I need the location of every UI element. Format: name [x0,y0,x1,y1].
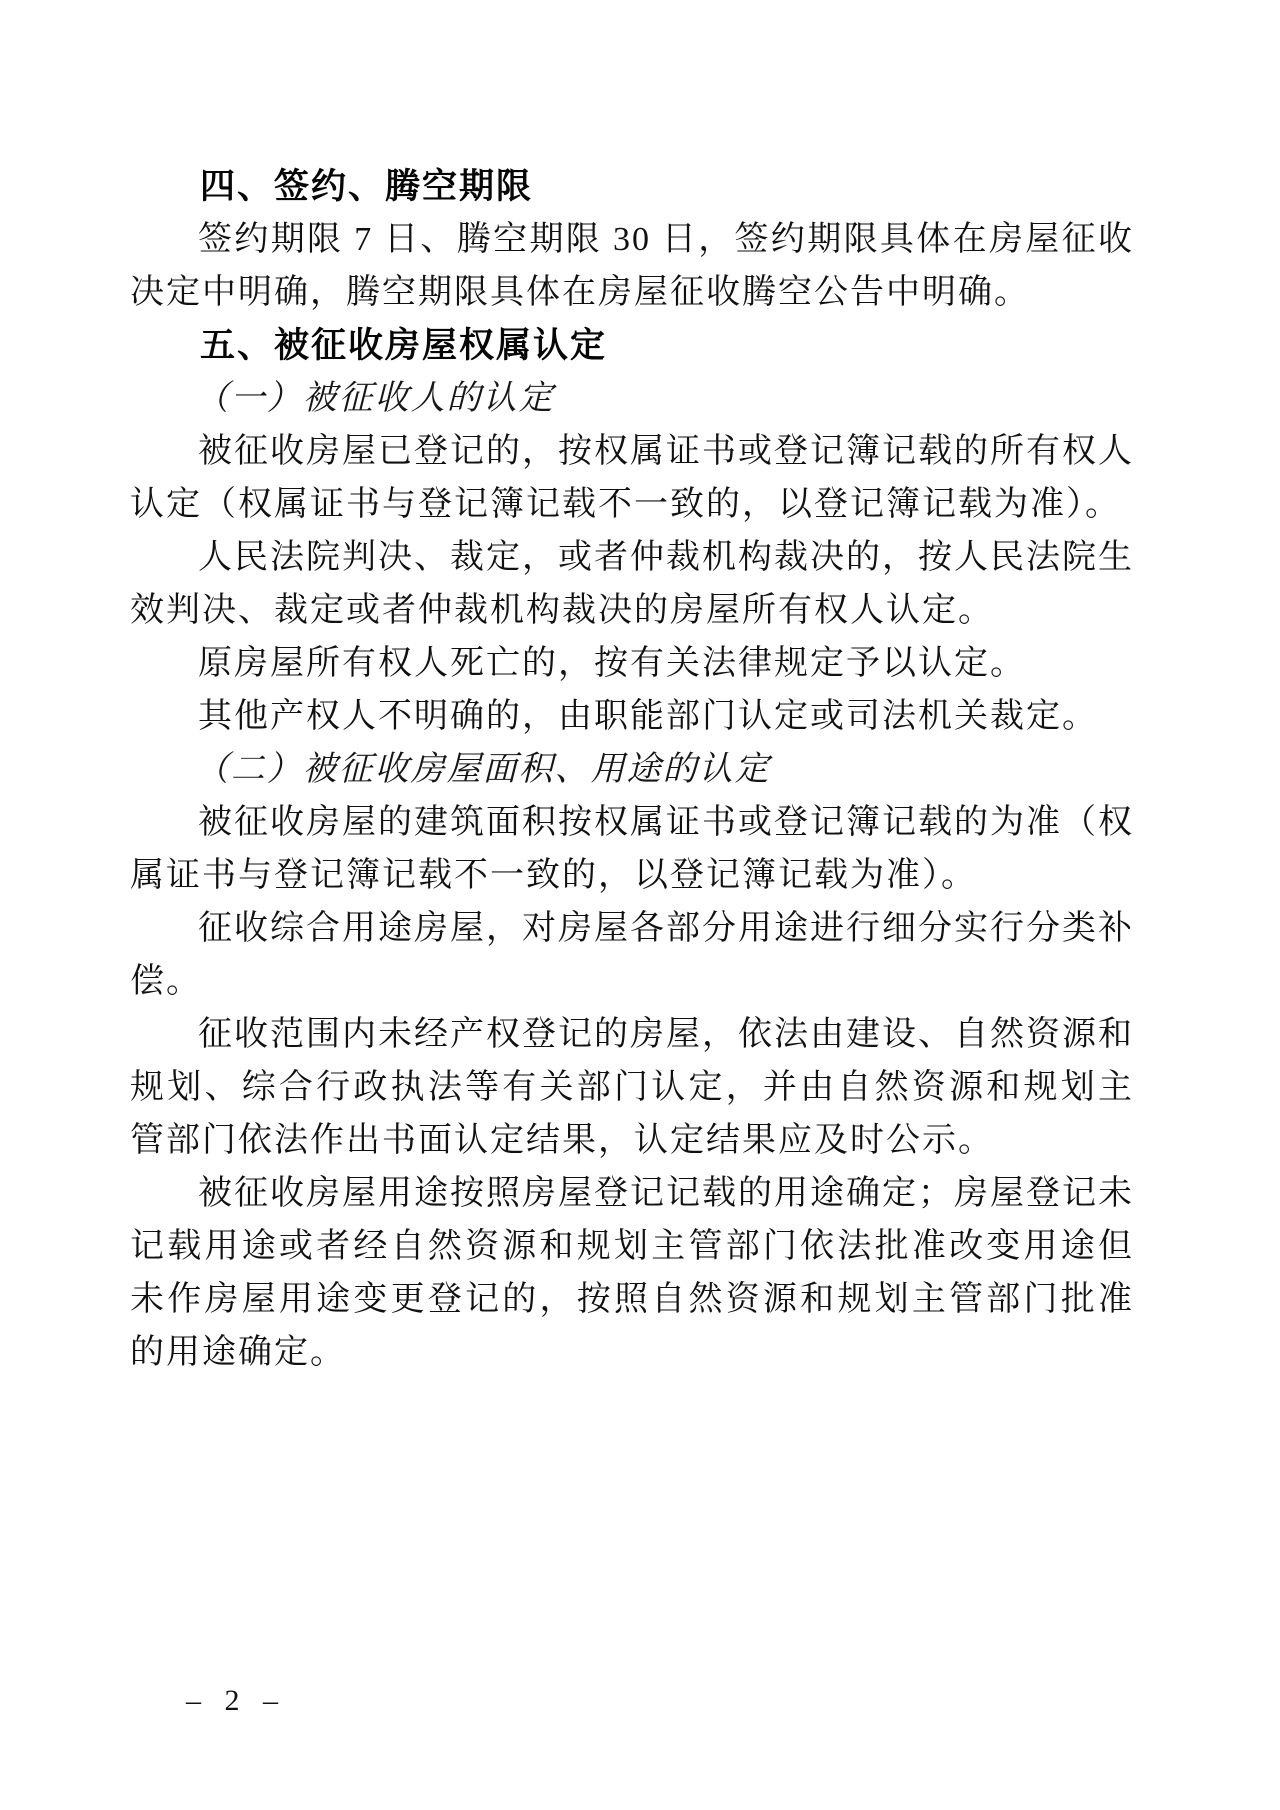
section-heading: 四、签约、腾空期限 [130,160,1134,213]
paragraph: 其他产权人不明确的，由职能部门认定或司法机关裁定。 [130,690,1134,743]
document-body: 四、签约、腾空期限签约期限 7 日、腾空期限 30 日，签约期限具体在房屋征收决… [130,160,1134,1379]
page-number: – 2 – [186,1684,286,1718]
paragraph: 征收范围内未经产权登记的房屋，依法由建设、自然资源和规划、综合行政执法等有关部门… [130,1008,1134,1167]
paragraph: 人民法院判决、裁定，或者仲裁机构裁决的，按人民法院生效判决、裁定或者仲裁机构裁决… [130,531,1134,637]
paragraph: 征收综合用途房屋，对房屋各部分用途进行细分实行分类补偿。 [130,902,1134,1008]
section-heading: 五、被征收房屋权属认定 [130,319,1134,372]
paragraph: 被征收房屋的建筑面积按权属证书或登记簿记载的为准（权属证书与登记簿记载不一致的，… [130,796,1134,902]
paragraph: 被征收房屋已登记的，按权属证书或登记簿记载的所有权人认定（权属证书与登记簿记载不… [130,425,1134,531]
subsection-heading: （一）被征收人的认定 [130,372,1134,425]
document-page: 四、签约、腾空期限签约期限 7 日、腾空期限 30 日，签约期限具体在房屋征收决… [0,0,1280,1810]
paragraph: 原房屋所有权人死亡的，按有关法律规定予以认定。 [130,637,1134,690]
paragraph: 被征收房屋用途按照房屋登记记载的用途确定；房屋登记未记载用途或者经自然资源和规划… [130,1167,1134,1379]
paragraph: 签约期限 7 日、腾空期限 30 日，签约期限具体在房屋征收决定中明确，腾空期限… [130,213,1134,319]
subsection-heading: （二）被征收房屋面积、用途的认定 [130,743,1134,796]
